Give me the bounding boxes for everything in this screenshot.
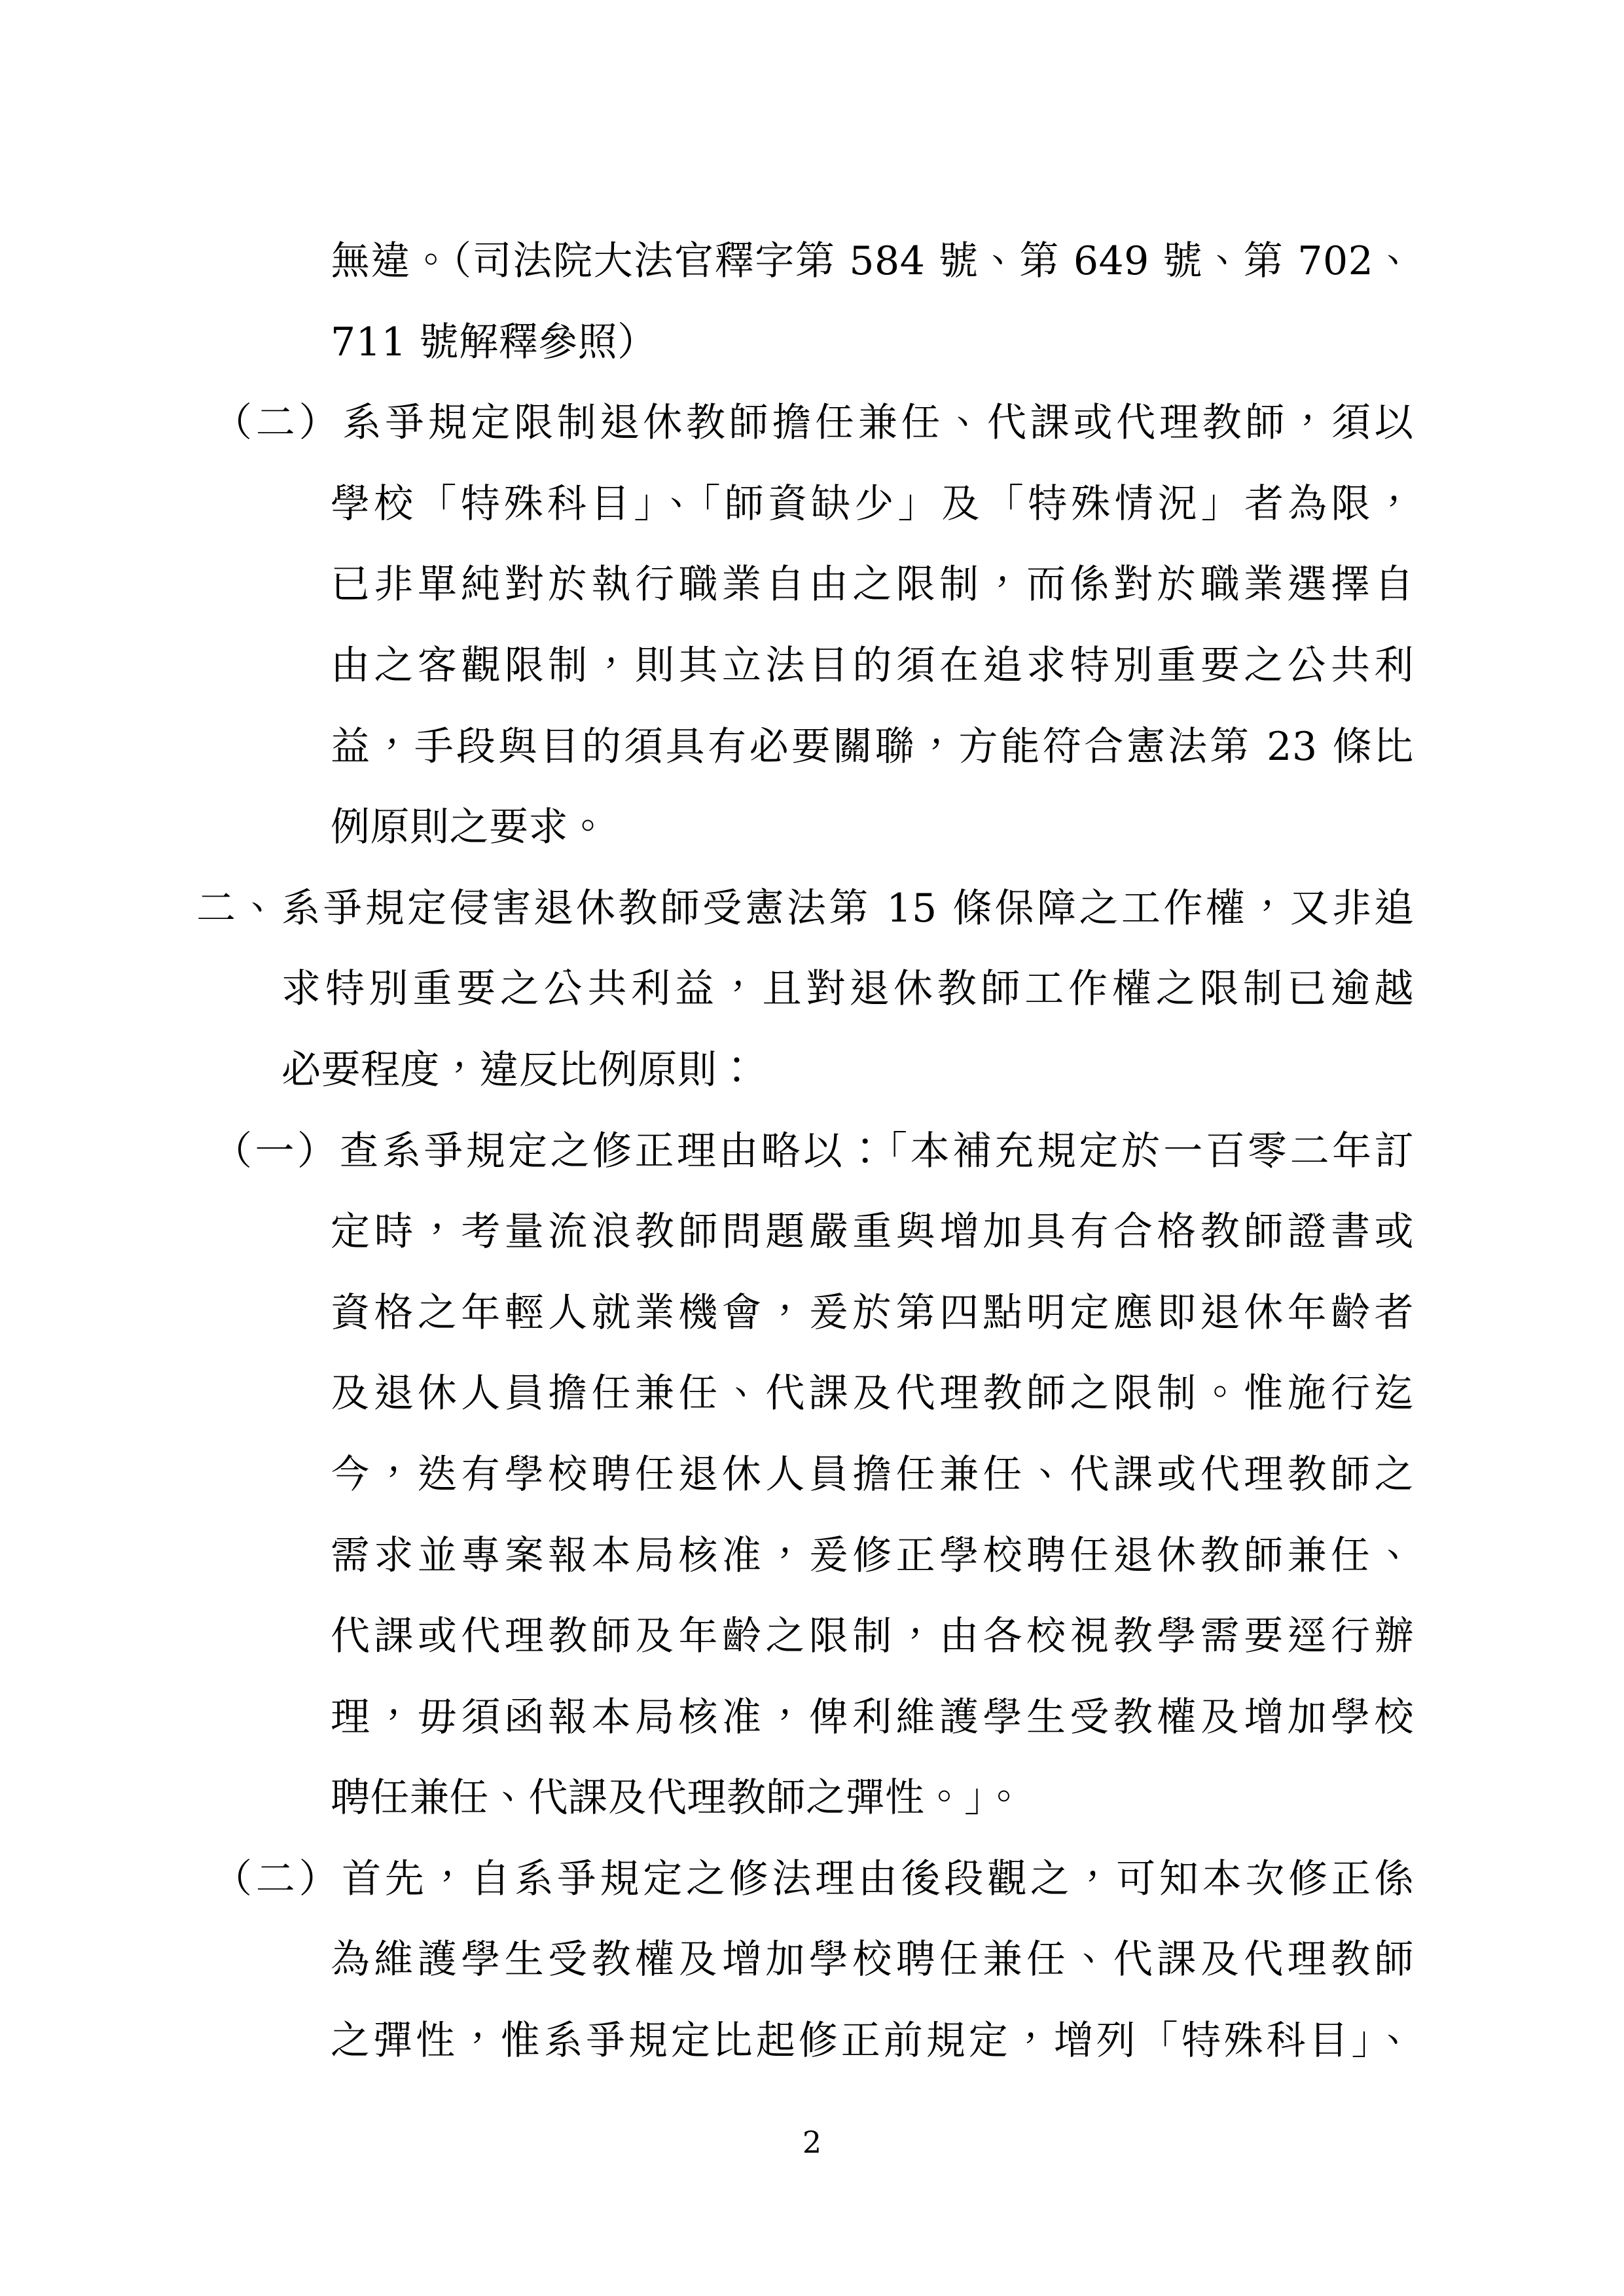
text-line: 已非單純對於執行職業自由之限制，而係對於職業選擇自 bbox=[331, 545, 1414, 626]
text-line: 之彈性，惟系爭規定比起修正前規定，增列「特殊科目」、 bbox=[331, 2001, 1414, 2082]
text-line: 代課或代理教師及年齡之限制，由各校視教學需要逕行辦 bbox=[331, 1596, 1414, 1677]
list-item-label-line: （一）查系爭規定之修正理由略以：「本補充規定於一百零二年訂 bbox=[213, 1111, 1414, 1193]
text-line: 益，手段與目的須具有必要關聯，方能符合憲法第 23 條比 bbox=[331, 707, 1414, 788]
text-line: 聘任兼任、代課及代理教師之彈性。」。 bbox=[331, 1758, 1414, 1839]
text-line: 資格之年輕人就業機會，爰於第四點明定應即退休年齡者 bbox=[331, 1273, 1414, 1354]
section-label-line: 二、系爭規定侵害退休教師受憲法第 15 條保障之工作權，又非追 bbox=[196, 869, 1414, 950]
text-line: 理，毋須函報本局核准，俾利維護學生受教權及增加學校 bbox=[331, 1677, 1414, 1759]
list-item-label-line: （二）首先，自系爭規定之修法理由後段觀之，可知本次修正係 bbox=[213, 1839, 1414, 1920]
text-line: 例原則之要求。 bbox=[331, 787, 1414, 869]
text-line: 學校「特殊科目」、「師資缺少」及「特殊情況」者為限， bbox=[331, 464, 1414, 545]
page-number: 2 bbox=[0, 2123, 1624, 2162]
text-line: 為維護學生受教權及增加學校聘任兼任、代課及代理教師 bbox=[331, 1920, 1414, 2001]
text-line: 需求並專案報本局核准，爰修正學校聘任退休教師兼任、 bbox=[331, 1516, 1414, 1597]
list-item-label-line: （二）系爭規定限制退休教師擔任兼任、代課或代理教師，須以 bbox=[213, 383, 1414, 464]
text-line: 及退休人員擔任兼任、代課及代理教師之限制。惟施行迄 bbox=[331, 1354, 1414, 1435]
document-page: 無違。（司法院大法官釋字第 584 號、第 649 號、第 702、 711 號… bbox=[0, 0, 1624, 2296]
document-body: 無違。（司法院大法官釋字第 584 號、第 649 號、第 702、 711 號… bbox=[0, 221, 1624, 2082]
text-line: 711 號解釋參照） bbox=[331, 302, 1414, 384]
text-line: 定時，考量流浪教師問題嚴重與增加具有合格教師證書或 bbox=[331, 1192, 1414, 1273]
text-line: 求特別重要之公共利益，且對退休教師工作權之限制已逾越 bbox=[281, 949, 1414, 1030]
text-line: 必要程度，違反比例原則： bbox=[281, 1030, 1414, 1111]
text-line: 由之客觀限制，則其立法目的須在追求特別重要之公共利 bbox=[331, 626, 1414, 707]
text-line: 無違。（司法院大法官釋字第 584 號、第 649 號、第 702、 bbox=[331, 221, 1414, 302]
text-line: 今，迭有學校聘任退休人員擔任兼任、代課或代理教師之 bbox=[331, 1435, 1414, 1516]
